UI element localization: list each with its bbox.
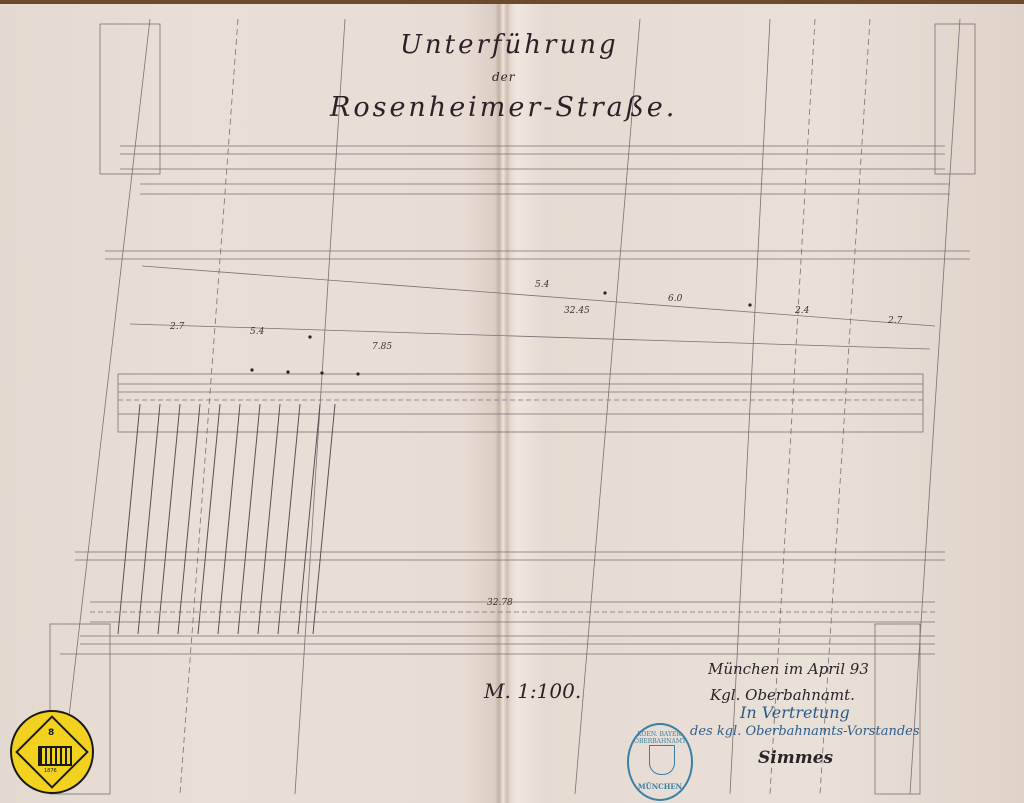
overall-width-label: 32.45	[564, 306, 590, 316]
dimension-label: 2.4	[795, 306, 809, 316]
stamp-bottom-text: MÜNCHEN	[629, 782, 691, 791]
drawing-sheet: Unterführung der Rosenheimer-Straße. 2.7…	[0, 4, 1024, 803]
logo-number: 8	[48, 728, 54, 738]
stamp-top-text: KOEN. BAYER. OBERBAHNAMT	[629, 731, 691, 745]
title-line-3: Rosenheimer-Straße.	[330, 92, 677, 123]
title-line-2: der	[492, 70, 516, 84]
dimension-label: 5.4	[250, 327, 264, 337]
tram-club-logo: 8 1876	[10, 710, 94, 794]
signature-vorstand: des kgl. Oberbahnamts-Vorstandes	[690, 724, 920, 739]
tram-icon	[38, 746, 72, 766]
lower-width-label: 32.78	[487, 598, 513, 608]
scale-label: M. 1:100.	[484, 679, 581, 703]
signature-name: Simmes	[758, 748, 833, 768]
bavarian-crest-icon	[649, 745, 675, 775]
title-line-1: Unterführung	[400, 30, 619, 60]
dimension-label: 2.7	[170, 322, 184, 332]
dimension-label: 2.7	[888, 316, 902, 326]
signature-place-date: München im April 93	[708, 660, 869, 678]
dimension-label: 5.4	[535, 280, 549, 290]
dimension-label: 6.0	[668, 294, 682, 304]
official-stamp: KOEN. BAYER. OBERBAHNAMT MÜNCHEN	[627, 723, 693, 801]
signature-in-vertretung: In Vertretung	[740, 703, 850, 722]
logo-year: 1876	[44, 768, 57, 774]
dimension-label: 7.85	[372, 342, 392, 352]
signature-office: Kgl. Oberbahnamt.	[710, 686, 855, 704]
